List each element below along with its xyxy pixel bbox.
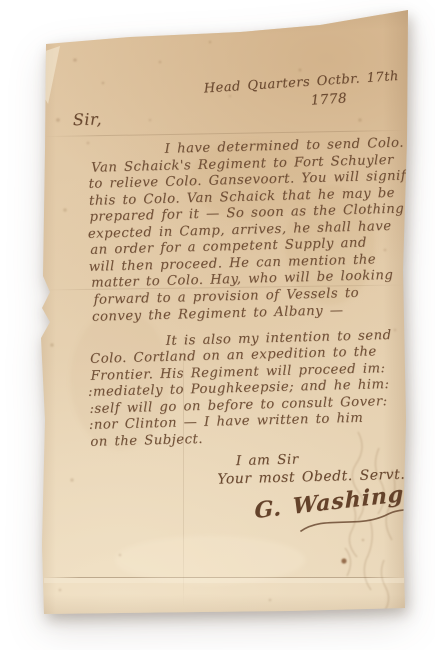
letter-paper: Head Quarters Octbr. 17th 1778 Sir, I ha… [0,0,435,650]
letter-paper-wrap: Head Quarters Octbr. 17th 1778 Sir, I ha… [0,0,435,650]
salutation: Sir, [73,109,103,129]
letter-text-layer: Head Quarters Octbr. 17th 1778 Sir, I ha… [0,0,435,650]
body-line-18: on the Subject. [90,432,203,450]
photo-background: Head Quarters Octbr. 17th 1778 Sir, I ha… [0,0,435,650]
closing-line-1: I am Sir [236,451,299,469]
dateline-year: 1778 [310,87,400,109]
dateline-block: Head Quarters Octbr. 17th 1778 [203,69,400,116]
